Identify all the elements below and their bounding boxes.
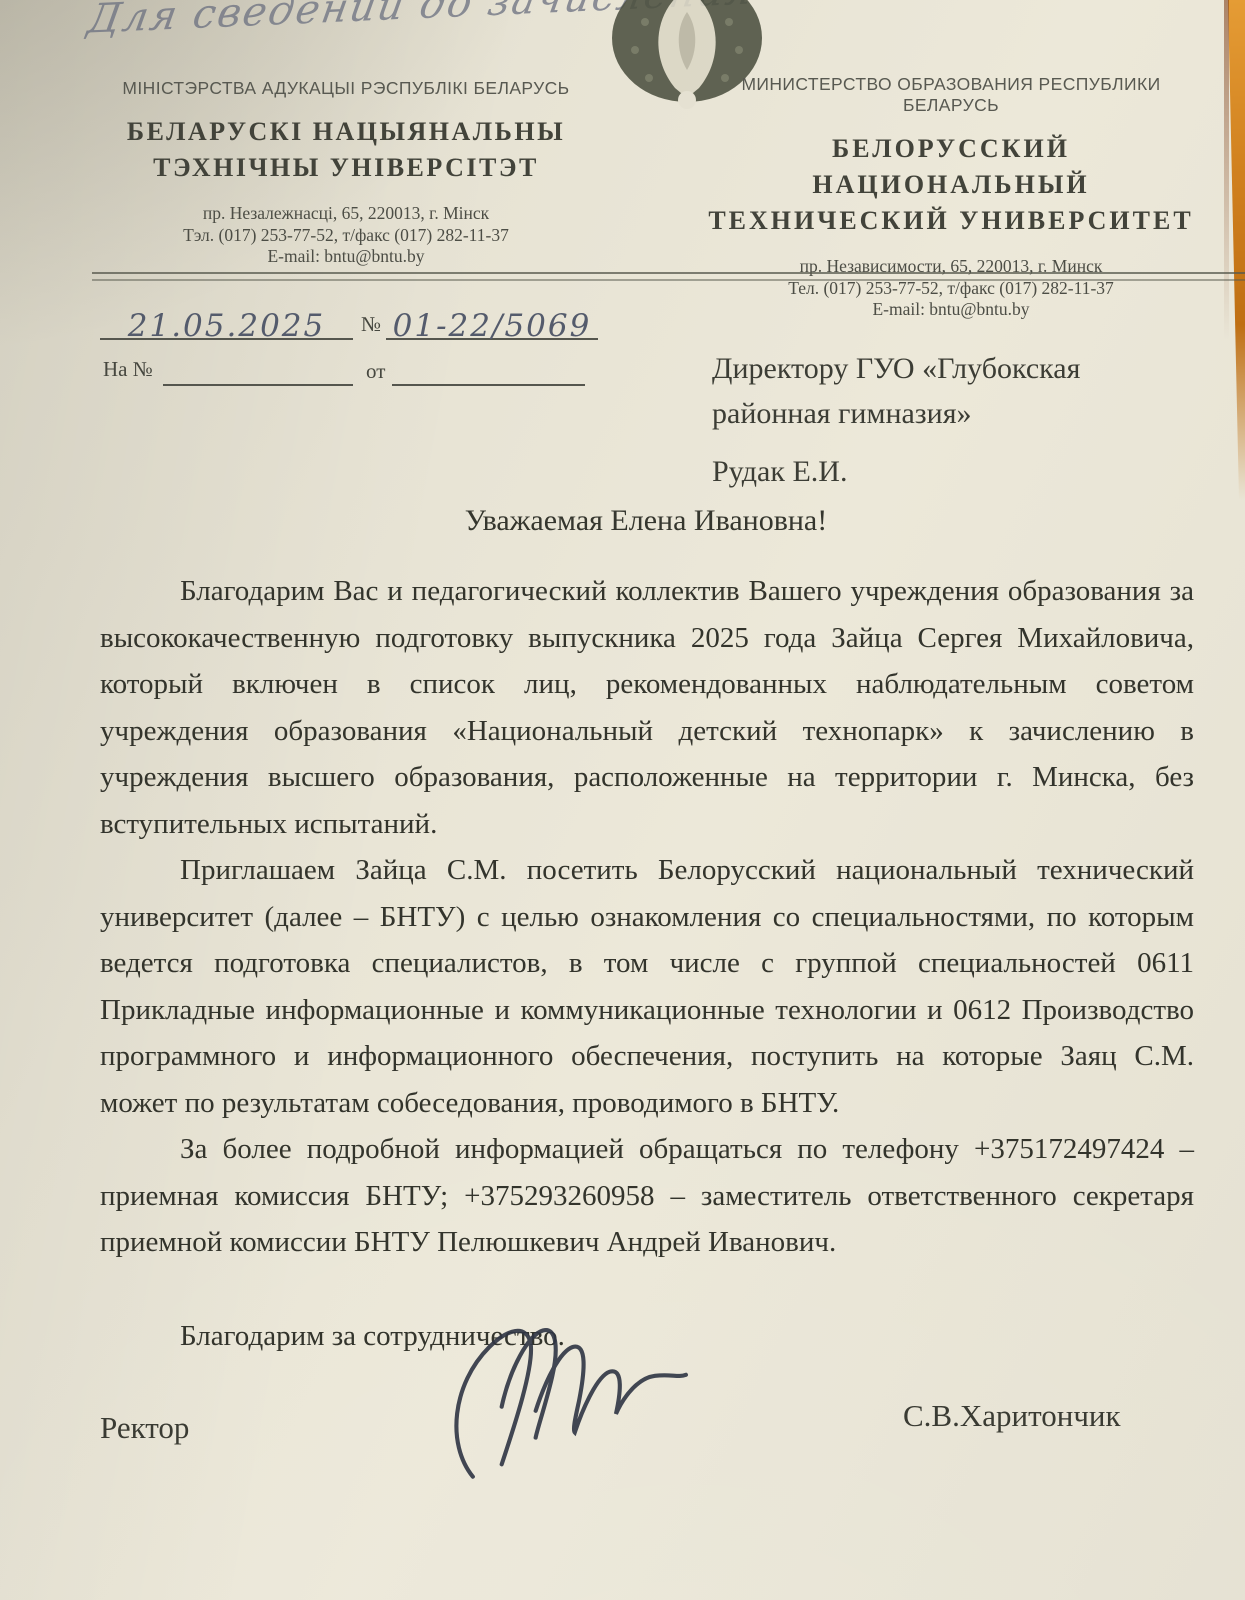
university-name-by-line2: ТЭХНІЧНЫ УНІВЕРСІТЭТ xyxy=(92,150,600,186)
addressee-line1: Директору ГУО «Глубокская xyxy=(712,346,1192,391)
body-paragraph-2: Приглашаем Зайца С.М. посетить Белорусск… xyxy=(100,847,1194,1126)
body-paragraph-1: Благодарим Вас и педагогический коллекти… xyxy=(100,568,1194,847)
contact-block-ru: пр. Независимости, 65, 220013, г. Минск … xyxy=(700,256,1202,321)
signer-title: Ректор xyxy=(100,1410,189,1446)
letterhead-right-column: МИНИСТЕРСТВО ОБРАЗОВАНИЯ РЕСПУБЛИКИ БЕЛА… xyxy=(700,74,1202,321)
university-name-ru: БЕЛОРУССКИЙ НАЦИОНАЛЬНЫЙ ТЕХНИЧЕСКИЙ УНИ… xyxy=(700,131,1202,239)
university-name-by: БЕЛАРУСКІ НАЦЫЯНАЛЬНЫ ТЭХНІЧНЫ УНІВЕРСІТ… xyxy=(92,114,600,186)
rector-signature-icon xyxy=(438,1312,693,1487)
university-name-ru-line2: ТЕХНИЧЕСКИЙ УНИВЕРСИТЕТ xyxy=(700,203,1202,239)
addressee-block: Директору ГУО «Глубокская районная гимна… xyxy=(712,346,1192,494)
reply-number-line xyxy=(163,350,353,386)
body-paragraph-3: За более подробной информацией обращатьс… xyxy=(100,1126,1194,1266)
email-ru: E-mail: bntu@bntu.by xyxy=(700,299,1202,321)
ministry-line-by: МІНІСТЭРСТВА АДУКАЦЫІ РЭСПУБЛІКІ БЕЛАРУС… xyxy=(92,78,600,99)
from-label: от xyxy=(366,359,385,384)
reply-to-label: На № xyxy=(103,357,153,382)
handwritten-date: 21.05.2025 xyxy=(128,308,326,344)
addressee-person: Рудак Е.И. xyxy=(712,449,1192,494)
email-by: E-mail: bntu@bntu.by xyxy=(92,246,600,268)
university-name-ru-line1: БЕЛОРУССКИЙ НАЦИОНАЛЬНЫЙ xyxy=(700,131,1202,203)
signer-name: С.В.Харитончик xyxy=(903,1398,1121,1434)
salutation: Уважаемая Елена Ивановна! xyxy=(100,504,1192,538)
letter-body: Благодарим Вас и педагогический коллекти… xyxy=(100,568,1194,1359)
date-line: 21.05.2025 xyxy=(100,304,353,340)
letterhead-left-column: МІНІСТЭРСТВА АДУКАЦЫІ РЭСПУБЛІКІ БЕЛАРУС… xyxy=(92,78,600,268)
address-by: пр. Незалежнасці, 65, 220013, г. Мінск xyxy=(92,203,600,225)
number-sign-label: № xyxy=(361,312,381,337)
scanned-letter-page: { "document": { "top_annotation": "Для с… xyxy=(0,0,1245,1600)
reply-date-line xyxy=(392,350,585,386)
phone-by: Тэл. (017) 253-77-52, т/факс (017) 282-1… xyxy=(92,225,600,247)
contact-block-by: пр. Незалежнасці, 65, 220013, г. Мінск Т… xyxy=(92,203,600,268)
desk-edge-strip-shadow xyxy=(1224,0,1229,340)
addressee-line2: районная гимназия» xyxy=(712,391,1192,436)
university-name-by-line1: БЕЛАРУСКІ НАЦЫЯНАЛЬНЫ xyxy=(92,114,600,150)
ministry-line-ru: МИНИСТЕРСТВО ОБРАЗОВАНИЯ РЕСПУБЛИКИ БЕЛА… xyxy=(700,74,1202,116)
number-line: 01-22/5069 xyxy=(386,304,598,340)
header-divider xyxy=(92,272,1245,281)
handwritten-number: 01-22/5069 xyxy=(393,308,592,344)
